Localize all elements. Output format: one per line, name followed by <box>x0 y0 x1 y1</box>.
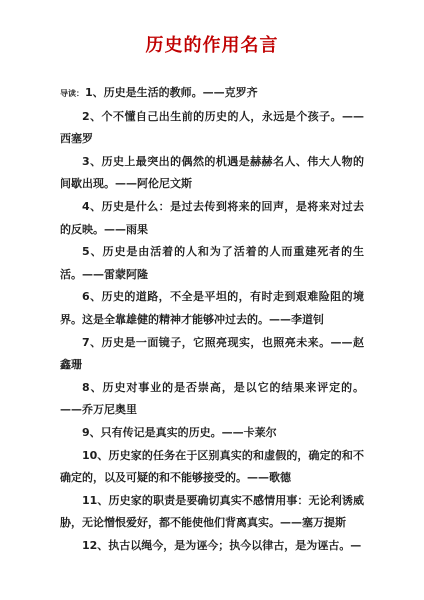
quote-paragraph-1: 导读：1、历史是生活的教师。——克罗齐 <box>60 82 364 106</box>
quote-text: 1、历史是生活的教师。——克罗齐 <box>85 86 258 99</box>
quotes-list: 导读：1、历史是生活的教师。——克罗齐 2、个不懂自己出生前的历史的人，永远是个… <box>60 82 364 557</box>
quote-paragraph-3: 3、历史上最突出的偶然的机遇是赫赫名人、伟大人物的间歇出现。——阿伦尼文斯 <box>60 151 364 196</box>
quote-paragraph-12: 12、执古以绳今，是为诬今；执今以律古，是为诬古。— <box>60 535 364 558</box>
quote-paragraph-4: 4、历史是什么：是过去传到将来的回声，是将来对过去的反映。——雨果 <box>60 196 364 241</box>
quote-paragraph-2: 2、个不懂自己出生前的历史的人，永远是个孩子。——西塞罗 <box>60 106 364 151</box>
lead-label: 导读： <box>60 89 84 98</box>
document-page: 历史的作用名言 导读：1、历史是生活的教师。——克罗齐 2、个不懂自己出生前的历… <box>0 0 424 600</box>
quote-paragraph-11: 11、历史家的职责是要确切真实不感情用事：无论利诱威胁，无论憎恨爱好，都不能使他… <box>60 490 364 535</box>
quote-paragraph-6: 6、历史的道路，不全是平坦的，有时走到艰难险阻的境界。这是全靠雄健的精神才能够冲… <box>60 286 364 331</box>
quote-paragraph-7: 7、历史是一面镜子，它照亮现实，也照亮未来。——赵鑫珊 <box>60 332 364 377</box>
quote-paragraph-10: 10、历史家的任务在于区别真实的和虚假的，确定的和不确定的，以及可疑的和不能够接… <box>60 445 364 490</box>
quote-paragraph-5: 5、历史是由活着的人和为了活着的人而重建死者的生活。——雷蒙阿隆 <box>60 241 364 286</box>
quote-paragraph-8: 8、历史对事业的是否崇高，是以它的结果来评定的。——乔万尼奥里 <box>60 377 364 422</box>
quote-paragraph-9: 9、只有传记是真实的历史。——卡莱尔 <box>60 422 364 445</box>
page-title: 历史的作用名言 <box>0 0 424 57</box>
